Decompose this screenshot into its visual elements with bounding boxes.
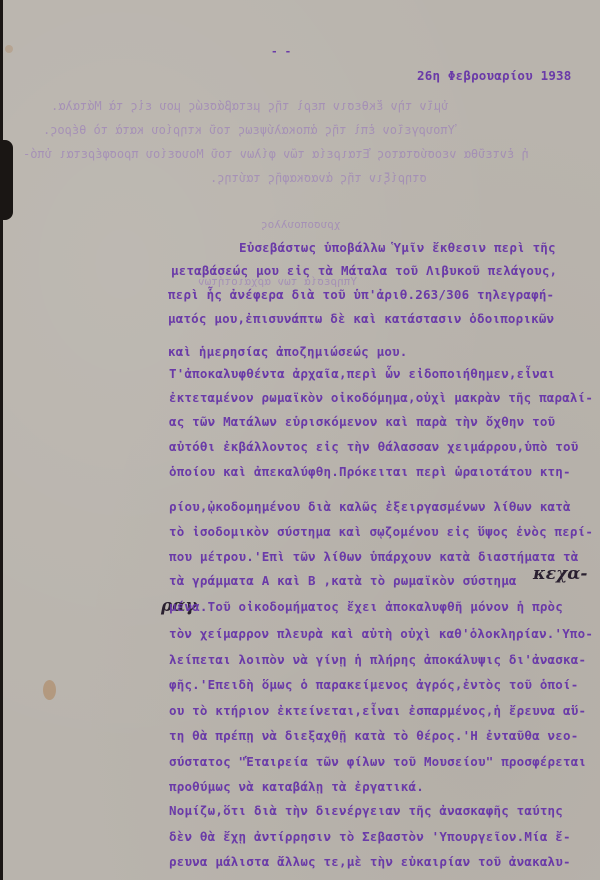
body-line: τὰ γράμματα Α καὶ Β ,κατὰ τὸ ρωμαϊκὸν σύ… [169,573,517,588]
body-line: τὸ ἰσοδομικὸν σύστημα καὶ σῳζομένου εἰς … [169,524,593,539]
body-line: μεταβάσεώς μου εἰς τὰ Μάταλα τοῦ Λιβυκοῦ… [171,263,557,278]
paper-stain [43,680,56,700]
body-line: ἐκτεταμένον ρωμαϊκὸν οἰκοδόμημα,οὐχὶ μακ… [169,390,593,405]
bleed-through-line: στηρίξιν τῆς ἀνασκαφῆς ταύτης. [210,171,427,185]
scan-edge-shadow [3,140,13,220]
body-line: τὸν χείμαρρον πλευρὰ καὶ αὐτὴ οὐχὶ καθ'ὁ… [169,626,593,641]
bleed-through-fragment: χρυσοπουλλος [261,218,340,231]
body-line: περὶ ἧς ἀνέφερα διὰ τοῦ ὑπ'ἀριθ.263/306 … [168,287,554,302]
body-line: φῆς.'Επειδὴ ὅμως ὁ παρακείμενος ἀγρός,ἐν… [169,677,578,692]
body-line: ματός μου,ἐπισυνάπτω δὲ καὶ κατάστασιν ὁ… [168,311,554,326]
body-line: ρευνα μάλιστα ἄλλως τε,μὲ τὴν εὐκαιρίαν … [169,854,571,869]
body-line: ρίου,ᾠκοδομημένου διὰ καλῶς ἐξειργασμένω… [169,499,571,514]
body-line: ας τῶν Ματάλων εὑρισκόμενον καὶ παρὰ τὴν… [169,414,555,429]
body-line: τη θὰ πρέπῃ νὰ διεξαχθῇ κατὰ τὸ θέρος.'Η… [169,728,578,743]
document-page: - - 26η Φεβρουαρίου 1938 ὑμῖν τὴν ἔκθεσι… [3,0,600,880]
body-line: λείπεται λοιπὸν νὰ γίνῃ ἡ πλήρης ἀποκάλυ… [169,652,586,667]
body-line: Τ'ἀποκαλυφθέντα ἀρχαῖα,περὶ ὧν εἰδοποιήθ… [169,366,555,381]
body-line: αὐτόθι ἐκβάλλοντος εἰς τὴν θάλασσαν χειμ… [169,439,578,454]
page-marker: - - [271,45,291,58]
body-line: ου τὸ κτήριον ἐκτείνεται,εἶναι ἐσπαρμένο… [169,703,586,718]
body-line: ὁποίου καὶ ἀπεκαλύφθη.Πρόκειται περὶ ὡρα… [169,464,571,479]
bleed-through-line: Ὑπουργεῖον ἐπὶ τῆς ἀποκαλύψεως τοῦ κτηρί… [43,123,455,137]
body-line: δὲν θὰ ἔχῃ ἀντίρρησιν τὸ Σεβαστὸν 'Υπουρ… [169,829,571,844]
bleed-through-line: ἡ ἐντεῦθα νεοσύστατος Ἑταιρεία τῶν φίλων… [23,147,529,161]
paper-stain [5,45,13,53]
body-line: μένα.Τοῦ οἰκοδομήματος ἔχει ἀποκαλυφθῆ μ… [169,599,563,614]
body-line: σύστατος "Ἑταιρεία τῶν φίλων τοῦ Μουσείο… [169,754,586,769]
body-line: Νομίζω,ὅτι διὰ τὴν διενέργειαν τῆς ἀνασκ… [169,803,563,818]
body-line: Εὐσεβάστως ὑποβάλλω Ὑμῖν ἔκθεσιν περὶ τῆ… [239,240,556,255]
body-line: καὶ ἡμερησίας ἀποζημιώσεώς μου. [168,344,408,359]
body-line: που μέτρου.'Επὶ τῶν λίθων ὑπάρχουν κατὰ … [169,549,578,564]
bleed-through-line: ὑμῖν τὴν ἔκθεσιν περὶ τῆς μεταβάσεώς μου… [51,99,448,113]
document-date: 26η Φεβρουαρίου 1938 [417,68,572,83]
handwritten-correction: κεχα- [533,564,587,584]
body-line: προθύμως νὰ καταβάλῃ τὰ ἐργατικά. [169,779,424,794]
